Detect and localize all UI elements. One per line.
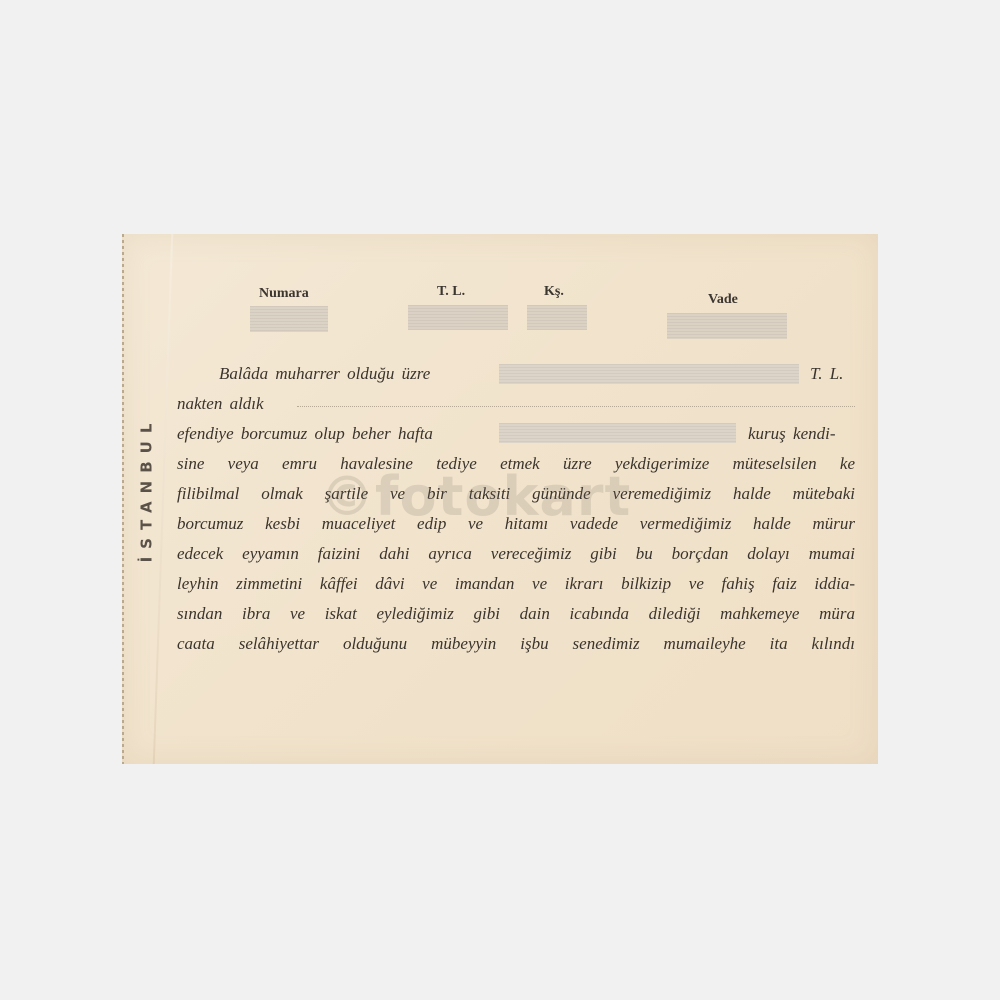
text-line-7: edecek eyyamın faizini dahi ayrıca verec… [177, 544, 855, 564]
watermark: ©fotokart [320, 465, 631, 528]
label-ks: Kş. [544, 284, 564, 300]
numara-box [250, 306, 328, 332]
dotted-fill-line [297, 406, 855, 407]
tl-box [408, 305, 508, 330]
label-numara: Numara [259, 286, 309, 302]
text-line-3-end: kuruş kendi- [748, 424, 836, 444]
text-line-1-end: T. L. [810, 364, 843, 384]
text-line-10: caata selâhiyettar olduğunu mübeyyin işb… [177, 634, 855, 654]
text-line-3-start: efendiye borcumuz olup beher hafta [177, 424, 433, 444]
text-line-9: sından ibra ve iskat eylediğimiz gibi da… [177, 604, 855, 624]
perforated-edge [122, 234, 124, 764]
side-label-city: İSTANBUL [126, 384, 166, 594]
label-tl: T. L. [437, 284, 465, 300]
amount-field-kurus [499, 423, 736, 443]
vade-box [667, 313, 787, 339]
text-line-8: leyhin zimmetini kâffei dâvi ve imandan … [177, 574, 855, 594]
text-line-2: nakten aldık [177, 394, 264, 414]
ks-box [527, 305, 587, 330]
amount-field-tl [499, 364, 799, 384]
label-vade: Vade [708, 292, 738, 308]
text-line-1-start: Balâda muharrer olduğu üzre [219, 364, 430, 384]
